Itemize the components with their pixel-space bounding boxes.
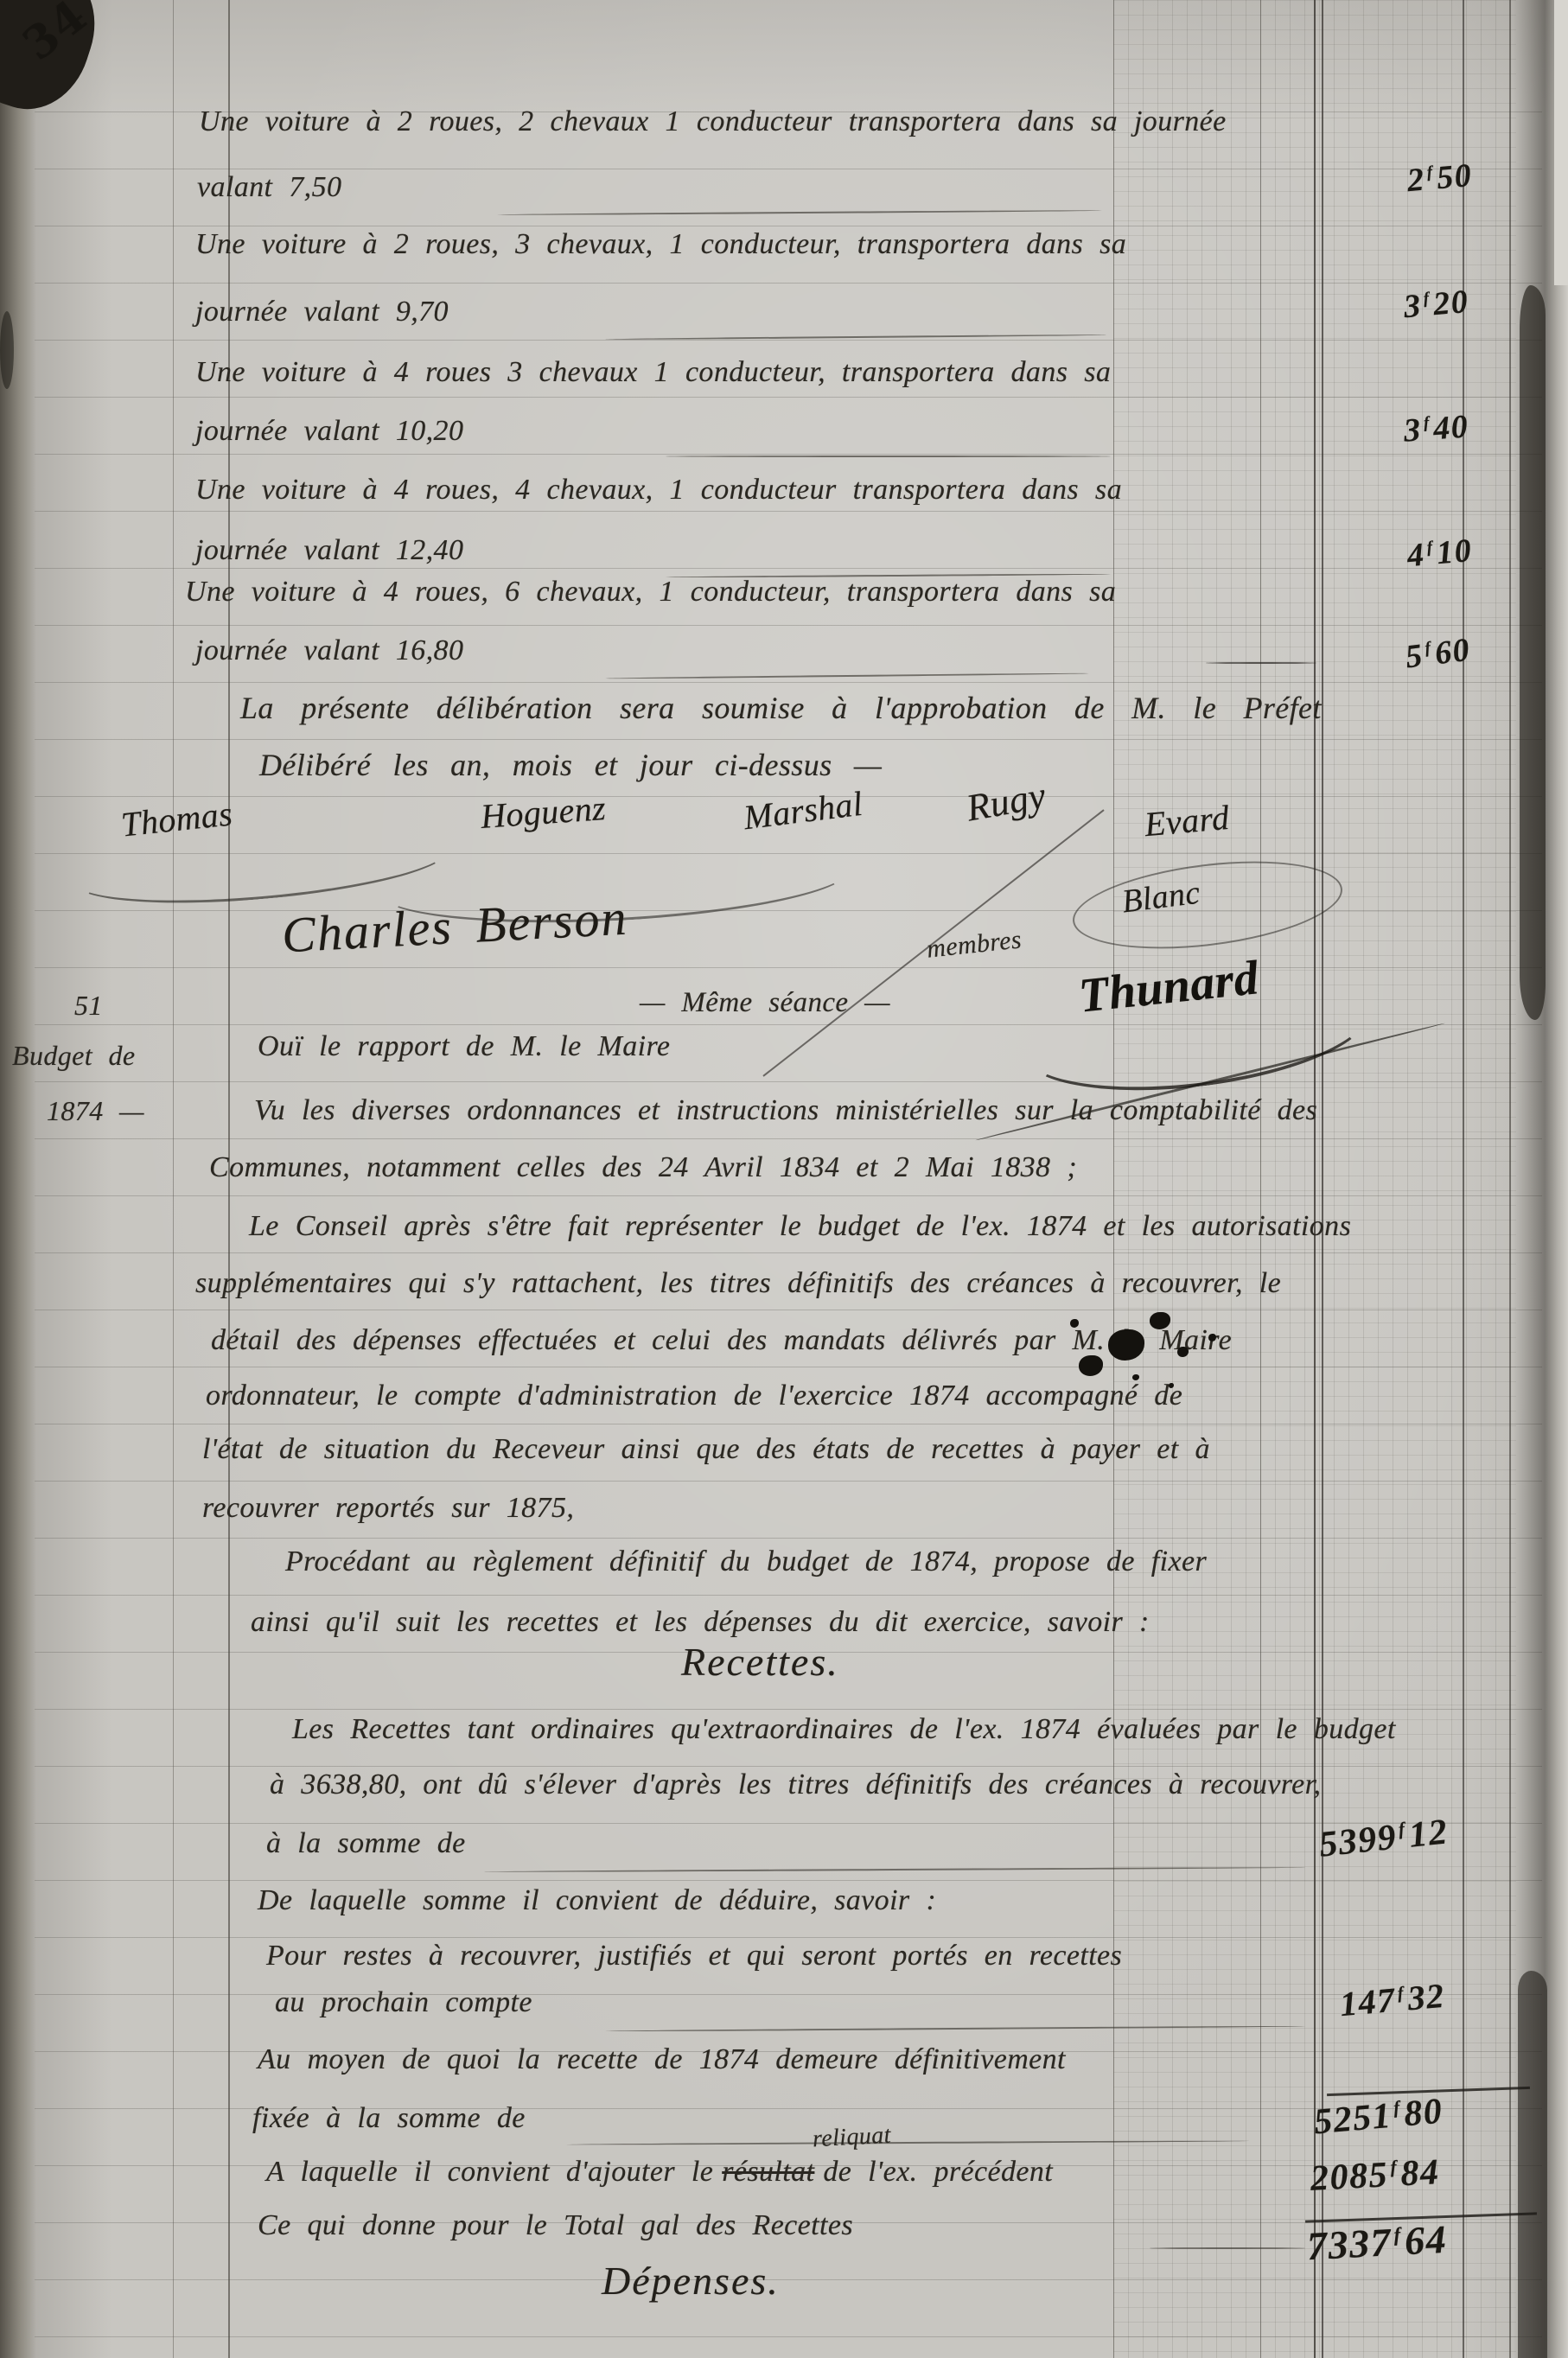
amount-entry-2: 3f20 xyxy=(1402,284,1470,326)
amount-total: 7337f64 xyxy=(1306,2218,1449,2269)
session-note: — Même séance — xyxy=(640,987,890,1018)
tariff-entry-line: journée valant 10,20 xyxy=(195,415,463,447)
signature: Evard xyxy=(1143,799,1231,844)
body-line: Le Conseil après s'être fait représenter… xyxy=(249,1210,1351,1242)
depenses-heading: Dépenses. xyxy=(602,2259,780,2304)
margin-rule-outer xyxy=(173,0,174,2358)
centimes-rule xyxy=(1463,0,1464,2358)
body-line: Vu les diverses ordonnances et instructi… xyxy=(254,1094,1317,1126)
recettes-adjust-line: A laquelle il convient d'ajouter lerésul… xyxy=(266,2156,1053,2188)
tariff-entry-line: Une voiture à 2 roues, 3 chevaux, 1 cond… xyxy=(195,228,1126,260)
franc-mark: f xyxy=(1397,1983,1405,2003)
amount-entry-4: 4f10 xyxy=(1405,533,1474,575)
recettes-line: De laquelle somme il convient de déduire… xyxy=(258,1884,936,1916)
amount-francs: 7337 xyxy=(1306,2220,1393,2268)
column-rule-1 xyxy=(1113,0,1114,2358)
amount-cents: 10 xyxy=(1435,532,1474,571)
torn-strip-upper xyxy=(1520,285,1546,1020)
body-line: Procédant au règlement définitif du budg… xyxy=(285,1545,1207,1577)
body-line: Communes, notamment celles des 24 Avril … xyxy=(209,1151,1077,1183)
franc-mark: f xyxy=(1393,2097,1402,2119)
franc-mark: f xyxy=(1398,1818,1407,1839)
recettes-line: Les Recettes tant ordinaires qu'extraord… xyxy=(292,1713,1396,1745)
recettes-line: fixée à la somme de xyxy=(252,2102,526,2134)
amount-column-double-rule-b xyxy=(1322,0,1323,2358)
amount-francs: 5399 xyxy=(1317,1818,1399,1865)
tariff-entry-line: valant 7,50 xyxy=(197,171,341,203)
amount-francs: 2 xyxy=(1405,162,1426,200)
recettes-heading: Recettes. xyxy=(681,1641,839,1685)
tariff-entry-line: journée valant 12,40 xyxy=(195,534,463,566)
franc-mark: f xyxy=(1423,414,1431,432)
amount-column-double-rule-a xyxy=(1314,0,1316,2358)
amount-carryover: 2085f84 xyxy=(1310,2152,1441,2199)
column-rule-right xyxy=(1509,0,1511,2358)
amount-francs: 3 xyxy=(1403,411,1423,449)
ledger-page: 34 Une voiture à 2 roues, 2 chevaux 1 co… xyxy=(0,0,1568,2358)
body-line: Ouï le rapport de M. le Maire xyxy=(258,1030,670,1062)
closing-line: Délibéré les an, mois et jour ci-dessus … xyxy=(259,749,882,783)
amount-cents: 12 xyxy=(1407,1812,1450,1855)
body-line: supplémentaires qui s'y rattachent, les … xyxy=(195,1267,1281,1299)
tariff-entry-line: Une voiture à 2 roues, 2 chevaux 1 condu… xyxy=(199,105,1227,137)
struck-word: résultat xyxy=(722,2156,814,2188)
amount-francs: 147 xyxy=(1338,1980,1397,2023)
amount-cents: 50 xyxy=(1435,157,1474,196)
amount-francs: 5251 xyxy=(1312,2096,1393,2143)
dash-rule xyxy=(666,456,1111,457)
edge-mark xyxy=(0,311,14,389)
margin-item-number: 51 xyxy=(74,991,103,1021)
amount-francs: 5 xyxy=(1404,637,1425,675)
amount-francs: 2085 xyxy=(1310,2155,1389,2199)
amount-cents: 60 xyxy=(1433,632,1473,672)
body-line: détail des dépenses effectuées et celui … xyxy=(211,1324,1232,1356)
amount-francs: 3 xyxy=(1402,288,1423,326)
amount-entry-3: 3f40 xyxy=(1403,409,1470,449)
amount-entry-1: 2f50 xyxy=(1405,158,1474,200)
tariff-entry-line: journée valant 16,80 xyxy=(195,634,463,666)
tariff-entry-line: Une voiture à 4 roues, 6 chevaux, 1 cond… xyxy=(185,576,1116,608)
amount-francs: 4 xyxy=(1405,537,1426,575)
tariff-entry-line: Une voiture à 4 roues, 4 chevaux, 1 cond… xyxy=(195,474,1122,506)
correction-word: reliquat xyxy=(812,2123,891,2154)
recettes-line: Pour restes à recouvrer, justifiés et qu… xyxy=(266,1940,1122,1972)
dash-rule xyxy=(1150,2247,1305,2249)
closing-line: La présente délibération sera soumise à … xyxy=(240,691,1322,726)
adjust-prefix: A laquelle il convient d'ajouter le xyxy=(266,2156,713,2188)
franc-mark: f xyxy=(1426,539,1435,558)
amount-cents: 40 xyxy=(1432,408,1470,447)
recettes-line: au prochain compte xyxy=(275,1986,532,2018)
franc-mark: f xyxy=(1393,2223,1402,2245)
column-rule-2 xyxy=(1260,0,1261,2358)
body-line: recouvrer reportés sur 1875, xyxy=(202,1492,574,1524)
torn-strip-lower xyxy=(1518,1971,1547,2358)
amount-cents: 80 xyxy=(1402,2092,1444,2135)
column-section-line xyxy=(1206,662,1316,664)
body-line: ordonnateur, le compte d'administration … xyxy=(206,1380,1182,1412)
franc-mark: f xyxy=(1424,639,1432,658)
amount-cents: 84 xyxy=(1399,2152,1440,2194)
adjacent-page-sliver xyxy=(1554,0,1568,285)
body-line: l'état de situation du Receveur ainsi qu… xyxy=(202,1433,1210,1465)
franc-mark: f xyxy=(1426,163,1435,182)
franc-mark: f xyxy=(1423,290,1431,309)
body-line: ainsi qu'il suit les recettes et les dép… xyxy=(251,1606,1150,1638)
amount-cents: 20 xyxy=(1431,284,1470,322)
tariff-entry-line: journée valant 9,70 xyxy=(195,296,449,328)
franc-mark: f xyxy=(1390,2157,1399,2177)
adjust-suffix: de l'ex. précédent xyxy=(823,2156,1053,2188)
recettes-total-line: Ce qui donne pour le Total gal des Recet… xyxy=(258,2209,853,2241)
recettes-line: Au moyen de quoi la recette de 1874 deme… xyxy=(258,2043,1066,2075)
amount-cents: 32 xyxy=(1406,1976,1447,2018)
margin-note-line: 1874 — xyxy=(47,1096,144,1126)
recettes-line: à la somme de xyxy=(266,1827,466,1859)
recettes-line: à 3638,80, ont dû s'élever d'après les t… xyxy=(270,1768,1321,1800)
margin-note-line: Budget de xyxy=(12,1041,135,1071)
tariff-entry-line: Une voiture à 4 roues 3 chevaux 1 conduc… xyxy=(195,356,1111,388)
amount-cents: 64 xyxy=(1404,2217,1449,2263)
